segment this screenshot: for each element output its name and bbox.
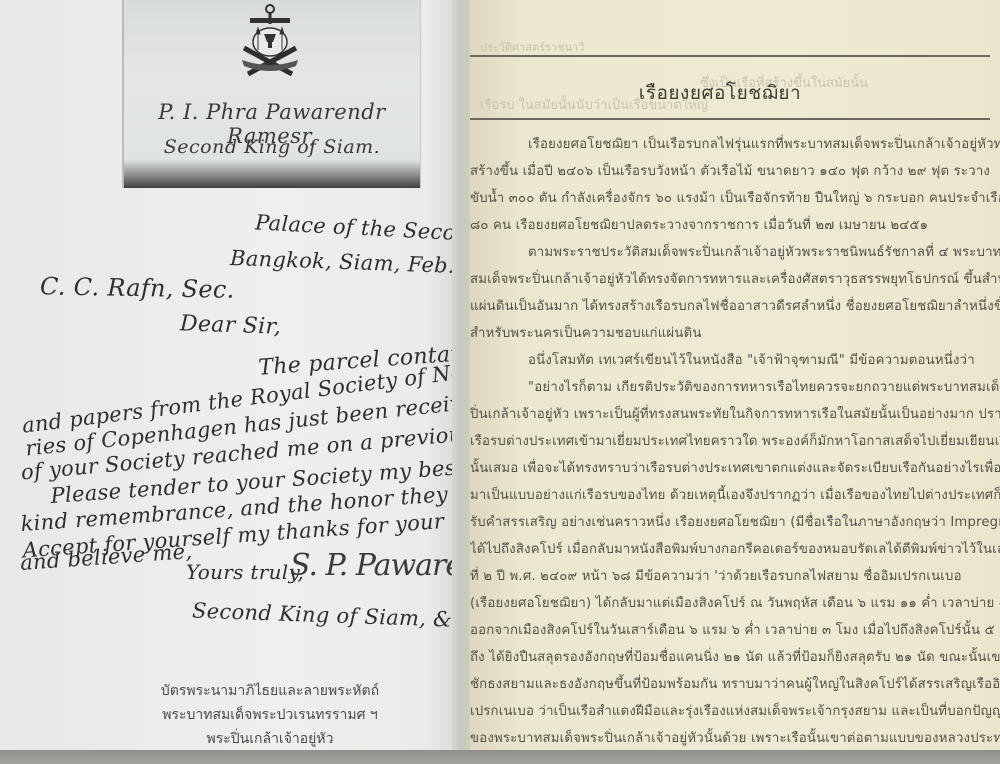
right-page: ประวัติศาสตร์ราชนาวี ซึ่งเป็นเรือที่สร้า… <box>470 0 1000 760</box>
letter-address-line1: Palace of the Second King, <box>255 210 462 249</box>
body-text-line: ได้ไปถึงสิงคโปร์ เมื่อกลับมาหนังสือพิมพ์… <box>470 538 1000 559</box>
body-text-line: เรือยงยศอโยชฌิยา เป็นเรือรบกลไฟรุ่นแรกที… <box>528 133 1000 154</box>
letter-recipient: C. C. Rafn, Sec. <box>40 272 235 303</box>
body-text-line: สมเด็จพระปิ่นเกล้าเจ้าอยู่หัวได้ทรงจัดกา… <box>470 268 1000 289</box>
book-spread: P. I. Phra Pawarendr Ramesr, Second King… <box>0 0 1000 764</box>
chapter-rule-bottom <box>470 118 990 120</box>
body-text-line: เรือรบต่างประเทศเข้ามาเยี่ยมประเทศไทยครา… <box>470 430 1000 451</box>
bleed-through-text: ประวัติศาสตร์ราชนาวี <box>480 38 584 56</box>
body-text-line: ถึง ได้ยิงปืนสลุตรองอังกฤษที่ป้อมชื่อแคน… <box>470 646 1000 667</box>
body-text-line: (เรือยงยศอโยชฌิยา) ได้กลับมาแต่เมืองสิงค… <box>470 592 1000 613</box>
body-text-line: มาเป็นแบบอย่างแก่เรือรบของไทย ด้วยเหตุนี… <box>470 484 1000 505</box>
letter-address-line2: Bangkok, Siam, Feb. 20th, 18… <box>230 246 462 282</box>
body-text-line: ชักธงสยามและธงอังกฤษขึ้นที่ป้อมพร้อมกัน … <box>470 673 1000 694</box>
body-text-line: ตามพระราชประวัติสมเด็จพระปิ่นเกล้าเจ้าอย… <box>528 241 1000 262</box>
body-text-line: รับคำสรรเสริญ อย่างเช่นคราวหนึ่ง เรือยงย… <box>470 511 1000 532</box>
figure-caption-line: พระบาทสมเด็จพระปวเรนทรรามศ ฯ <box>120 704 420 726</box>
figure-caption-line: พระปิ่นเกล้าเจ้าอยู่หัว <box>120 728 420 750</box>
body-text-line: ขับน้ำ ๓๐๐ ตัน กำลังเครื่องจักร ๖๐ แรงม้… <box>470 187 1000 208</box>
figure-caption-line: บัตรพระนามาภิไธยและลายพระหัตถ์ <box>120 680 420 702</box>
body-text-line: ๘๐ คน เรือยงยศอโยชฌิยาปลดระวางจากราชการ … <box>470 214 928 235</box>
body-text-line: ออกจากเมืองสิงคโปร์ในวันเสาร์เดือน ๖ แรม… <box>470 619 1000 640</box>
chapter-title: เรือยงยศอโยชฌิยา <box>470 78 970 108</box>
letter-salutation: Dear Sir, <box>180 311 282 340</box>
body-text-line: นั้นเสมอ เพื่อจะได้ทรงทราบว่าเรือรบต่างป… <box>470 457 1000 478</box>
body-text-line: ของพระบาทสมเด็จพระปิ่นเกล้าเจ้าอยู่หัวนั… <box>470 727 1000 748</box>
body-text-line: เปรกเนเบอ ว่าเป็นเรือสำแดงฝีมือและรุ่งเร… <box>470 700 1000 721</box>
body-text-line: แผ่นดินเป็นอันมาก ได้ทรงสร้างเรือรบกลไฟช… <box>470 295 1000 316</box>
left-page: P. I. Phra Pawarendr Ramesr, Second King… <box>0 0 462 752</box>
anchor-crest-icon <box>230 4 310 82</box>
chapter-rule-top <box>470 55 990 57</box>
page-bottom-edge <box>0 750 1000 764</box>
body-text-line: สร้างขึ้น เมื่อปี ๒๔๐๖ เป็นเรือรบวังหน้า… <box>470 160 990 181</box>
body-text-line: สำหรับพระนครเป็นความชอบแก่แผ่นดิน <box>470 322 702 343</box>
body-text-line: ที่ ๒ ปี พ.ศ. ๒๔๐๙ หน้า ๖๘ มีข้อความว่า … <box>470 565 962 586</box>
body-text-line: อนึ่งโสมทัต เทเวศร์เขียนไว้ในหนังสือ "เจ… <box>528 349 975 370</box>
letter-closing: Yours truly, <box>186 560 304 584</box>
letter-signature-title: Second King of Siam, &c. &c. &c. <box>192 599 462 636</box>
body-text-line: "อย่างไรก็ตาม เกียรติประวัติของการทหารเร… <box>528 376 1000 397</box>
body-text-line: ปิ่นเกล้าเจ้าอยู่หัว เพราะเป็นผู้ที่ทรงส… <box>470 403 1000 424</box>
calling-card-plate: P. I. Phra Pawarendr Ramesr, Second King… <box>122 0 421 188</box>
letter-signature: S. P. Pawarendramesr <box>290 548 462 583</box>
card-title-line: Second King of Siam. <box>124 136 420 158</box>
